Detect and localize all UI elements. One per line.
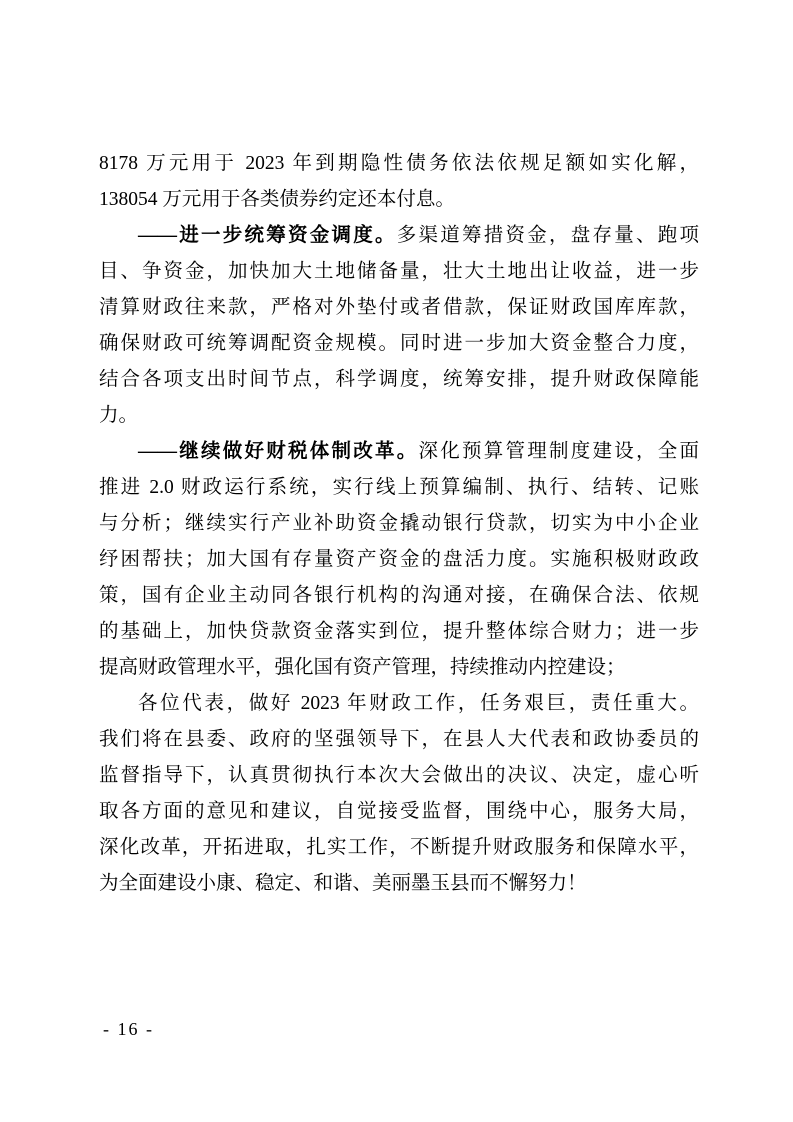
line-text: 清算财政往来款，严格对外垫付或者借款，保证财政国库库款， xyxy=(99,297,699,318)
text-line: 我们将在县委、政府的坚强领导下，在县人大代表和政协委员的 xyxy=(99,722,699,758)
document-body: 8178 万元用于 2023 年到期隐性债务依法依规足额如实化解，138054 … xyxy=(99,146,699,902)
line-text: 深化预算管理制度建设，全面 xyxy=(419,441,700,462)
text-line: 的基础上，加快贷款资金落实到位，提升整体综合财力；进一步 xyxy=(99,614,699,650)
text-line: 清算财政往来款，严格对外垫付或者借款，保证财政国库库款， xyxy=(99,290,699,326)
text-line: 138054 万元用于各类债券约定还本付息。 xyxy=(99,182,699,218)
text-line: 力。 xyxy=(99,398,699,434)
text-line: 策，国有企业主动同各银行机构的沟通对接，在确保合法、依规 xyxy=(99,578,699,614)
document-page: 8178 万元用于 2023 年到期隐性债务依法依规足额如实化解，138054 … xyxy=(0,0,793,1122)
line-text: 取各方面的意见和建议，自觉接受监督，围绕中心，服务大局， xyxy=(99,801,699,822)
text-line: 监督指导下，认真贯彻执行本次大会做出的决议、决定，虚心听 xyxy=(99,758,699,794)
line-text: 各位代表，做好 2023 年财政工作，任务艰巨，责任重大。 xyxy=(138,693,699,714)
line-text: 力。 xyxy=(99,405,138,426)
text-line: 8178 万元用于 2023 年到期隐性债务依法依规足额如实化解， xyxy=(99,146,699,182)
text-line: ——进一步统筹资金调度。多渠道筹措资金，盘存量、跑项 xyxy=(99,218,699,254)
line-text: 138054 万元用于各类债券约定还本付息。 xyxy=(99,189,455,210)
text-line: 取各方面的意见和建议，自觉接受监督，围绕中心，服务大局， xyxy=(99,794,699,830)
line-text: 推进 2.0 财政运行系统，实行线上预算编制、执行、结转、记账 xyxy=(99,477,699,498)
text-line: 推进 2.0 财政运行系统，实行线上预算编制、执行、结转、记账 xyxy=(99,470,699,506)
line-text: 8178 万元用于 2023 年到期隐性债务依法依规足额如实化解， xyxy=(99,153,699,174)
text-line: 与分析；继续实行产业补助资金撬动银行贷款，切实为中小企业 xyxy=(99,506,699,542)
line-text: 多渠道筹措资金，盘存量、跑项 xyxy=(397,225,699,246)
line-text: 纾困帮扶；加大国有存量资产资金的盘活力度。实施积极财政政 xyxy=(99,549,699,570)
text-line: ——继续做好财税体制改革。深化预算管理制度建设，全面 xyxy=(99,434,699,470)
text-line: 纾困帮扶；加大国有存量资产资金的盘活力度。实施积极财政政 xyxy=(99,542,699,578)
line-text: 与分析；继续实行产业补助资金撬动银行贷款，切实为中小企业 xyxy=(99,513,699,534)
line-text: 深化改革，开拓进取，扎实工作，不断提升财政服务和保障水平， xyxy=(99,837,699,858)
line-text: 我们将在县委、政府的坚强领导下，在县人大代表和政协委员的 xyxy=(99,729,699,750)
text-line: 结合各项支出时间节点，科学调度，统筹安排，提升财政保障能 xyxy=(99,362,699,398)
text-line: 确保财政可统筹调配资金规模。同时进一步加大资金整合力度， xyxy=(99,326,699,362)
line-text: 确保财政可统筹调配资金规模。同时进一步加大资金整合力度， xyxy=(99,333,699,354)
page-number: - 16 - xyxy=(103,1018,154,1040)
line-text: 结合各项支出时间节点，科学调度，统筹安排，提升财政保障能 xyxy=(99,369,699,390)
line-text: 的基础上，加快贷款资金落实到位，提升整体综合财力；进一步 xyxy=(99,621,699,642)
line-text: 为全面建设小康、稳定、和谐、美丽墨玉县而不懈努力！ xyxy=(99,873,587,894)
line-text: 策，国有企业主动同各银行机构的沟通对接，在确保合法、依规 xyxy=(99,585,699,606)
text-line: 提高财政管理水平，强化国有资产管理，持续推动内控建设； xyxy=(99,650,699,686)
line-text: 目、争资金，加快加大土地储备量，壮大土地出让收益，进一步 xyxy=(99,261,699,282)
line-text: 监督指导下，认真贯彻执行本次大会做出的决议、决定，虚心听 xyxy=(99,765,699,786)
paragraph-lead-bold: ——进一步统筹资金调度。 xyxy=(138,225,397,246)
text-line: 深化改革，开拓进取，扎实工作，不断提升财政服务和保障水平， xyxy=(99,830,699,866)
line-text: 提高财政管理水平，强化国有资产管理，持续推动内控建设； xyxy=(99,657,626,678)
text-line: 为全面建设小康、稳定、和谐、美丽墨玉县而不懈努力！ xyxy=(99,866,699,902)
text-line: 各位代表，做好 2023 年财政工作，任务艰巨，责任重大。 xyxy=(99,686,699,722)
text-line: 目、争资金，加快加大土地储备量，壮大土地出让收益，进一步 xyxy=(99,254,699,290)
paragraph-lead-bold: ——继续做好财税体制改革。 xyxy=(138,441,419,462)
